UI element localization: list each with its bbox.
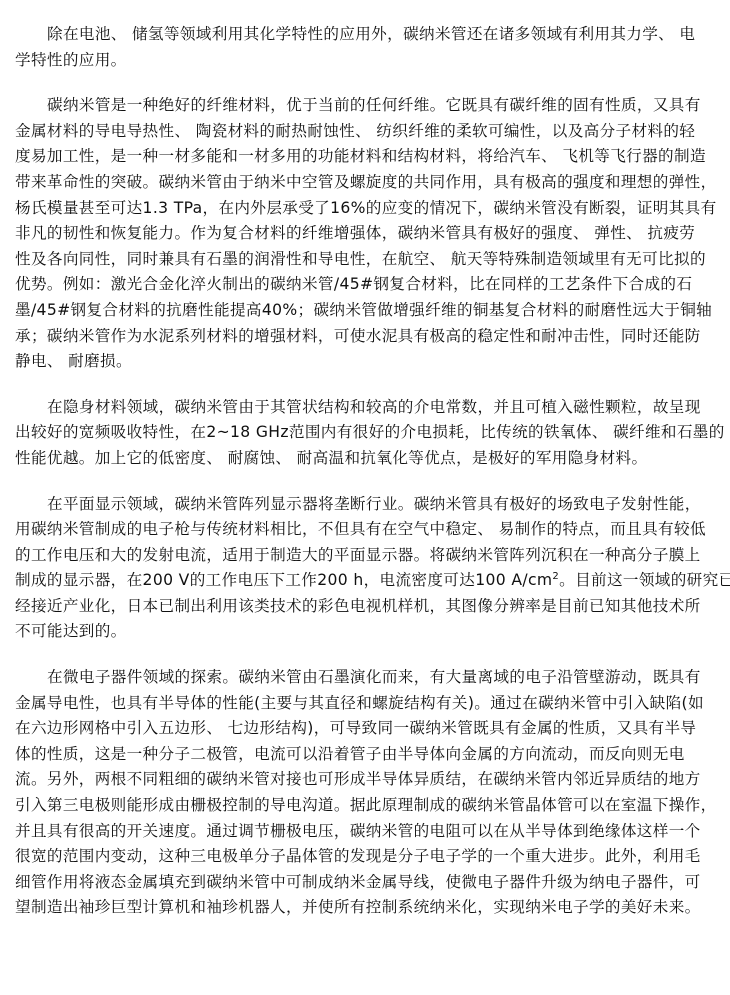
text-line: 墨/45#钢复合材料的抗磨性能提高40%；碳纳米管做增强纤维的铜基复合材料的耐磨… xyxy=(15,298,715,324)
text-line: 并且具有很高的开关速度。通过调节栅极电压，碳纳米管的电阻可以在从半导体到绝缘体这… xyxy=(15,819,715,845)
text-line: 度易加工性，是一种一材多能和一材多用的功能材料和结构材料，将给汽车、 飞机等飞行… xyxy=(15,144,715,170)
text-line: 在六边形网格中引入五边形、 七边形结构)，可导致同一碳纳米管既具有金属的性质，又… xyxy=(15,716,715,742)
text-line: 在微电子器件领域的探索。碳纳米管由石墨演化而来，有大量离域的电子沿管壁游动，既具… xyxy=(15,665,715,691)
text-line: 经接近产业化，日本已制出利用该类技术的彩色电视机样机，其图像分辨率是目前已知其他… xyxy=(15,594,715,620)
text-line: 望制造出袖珍巨型计算机和袖珍机器人，并使所有控制系统纳米化，实现纳米电子学的美好… xyxy=(15,895,715,921)
text-line: 除在电池、 储氢等领域利用其化学特性的应用外，碳纳米管还在诸多领域有利用其力学、… xyxy=(15,22,715,48)
text-line: 很宽的范围内变动，这种三电极单分子晶体管的发现是分子电子学的一个重大进步。此外，… xyxy=(15,844,715,870)
paragraph-mechanical: 碳纳米管是一种绝好的纤维材料，优于当前的任何纤维。它既具有碳纤维的固有性质，又具… xyxy=(15,93,715,375)
text-line: 性能优越。加上它的低密度、 耐腐蚀、 耐高温和抗氧化等优点，是极好的军用隐身材料… xyxy=(15,446,715,472)
text-line: 非凡的韧性和恢复能力。作为复合材料的纤维增强体，碳纳米管具有极好的强度、 弹性、… xyxy=(15,221,715,247)
text-line: 学特性的应用。 xyxy=(15,48,715,74)
text-line: 的工作电压和大的发射电流，适用于制造大的平面显示器。将碳纳米管阵列沉积在一种高分… xyxy=(15,543,715,569)
text-line: 带来革命性的突破。碳纳米管由于纳米中空管及螺旋度的共同作用，具有极高的强度和理想… xyxy=(15,170,715,196)
paragraph-stealth: 在隐身材料领域，碳纳米管由于其管状结构和较高的介电常数，并且可植入磁性颗粒，故呈… xyxy=(15,395,715,472)
text-line: 用碳纳米管制成的电子枪与传统材料相比，不但具有在空气中稳定、 易制作的特点，而且… xyxy=(15,517,715,543)
text-line: 出较好的宽频吸收特性，在2~18 GHz范围内有很好的介电损耗，比传统的铁氧体、… xyxy=(15,420,715,446)
text-line: 优势。例如：激光合金化淬火制出的碳纳米管/45#钢复合材料，比在同样的工艺条件下… xyxy=(15,272,715,298)
text-line: 体的性质，这是一种分子二极管，电流可以沿着管子由半导体向金属的方向流动，而反向则… xyxy=(15,742,715,768)
paragraph-intro: 除在电池、 储氢等领域利用其化学特性的应用外，碳纳米管还在诸多领域有利用其力学、… xyxy=(15,22,715,73)
text-line: 不可能达到的。 xyxy=(15,619,715,645)
text-line: 细管作用将液态金属填充到碳纳米管中可制成纳米金属导线，使微电子器件升级为纳电子器… xyxy=(15,870,715,896)
text-line: 承；碳纳米管作为水泥系列材料的增强材料，可使水泥具有极高的稳定性和耐冲击性，同时… xyxy=(15,324,715,350)
document-body: 除在电池、 储氢等领域利用其化学特性的应用外，碳纳米管还在诸多领域有利用其力学、… xyxy=(0,0,715,921)
text-line: 杨氏模量甚至可达1.3 TPa，在内外层承受了16%的应变的情况下，碳纳米管没有… xyxy=(15,196,715,222)
paragraph-display: 在平面显示领域，碳纳米管阵列显示器将垄断行业。碳纳米管具有极好的场致电子发射性能… xyxy=(15,492,715,646)
text-line: 在平面显示领域，碳纳米管阵列显示器将垄断行业。碳纳米管具有极好的场致电子发射性能… xyxy=(15,492,715,518)
text-line: 碳纳米管是一种绝好的纤维材料，优于当前的任何纤维。它既具有碳纤维的固有性质，又具… xyxy=(15,93,715,119)
text-line: 静电、 耐磨损。 xyxy=(15,349,715,375)
text-line: 金属材料的导电导热性、 陶瓷材料的耐热耐蚀性、 纺织纤维的柔软可编性，以及高分子… xyxy=(15,119,715,145)
paragraph-microelectronics: 在微电子器件领域的探索。碳纳米管由石墨演化而来，有大量离域的电子沿管壁游动，既具… xyxy=(15,665,715,921)
text-line: 金属导电性，也具有半导体的性能(主要与其直径和螺旋结构有关)。通过在碳纳米管中引… xyxy=(15,691,715,717)
text-line: 流。另外，两根不同粗细的碳纳米管对接也可形成半导体异质结，在碳纳米管内邻近异质结… xyxy=(15,767,715,793)
text-segment: 制成的显示器，在200 V的工作电压下工作200 h，电流密度可达100 A/c… xyxy=(15,571,552,589)
text-line-with-superscript: 制成的显示器，在200 V的工作电压下工作200 h，电流密度可达100 A/c… xyxy=(15,568,715,594)
text-segment: 。目前这一领域的研究已 xyxy=(559,571,730,589)
text-line: 引入第三电极则能形成由栅极控制的导电沟道。据此原理制成的碳纳米管晶体管可以在室温… xyxy=(15,793,715,819)
text-line: 在隐身材料领域，碳纳米管由于其管状结构和较高的介电常数，并且可植入磁性颗粒，故呈… xyxy=(15,395,715,421)
text-line: 性及各向同性，同时兼具有石墨的润滑性和导电性，在航空、 航天等特殊制造领域里有无… xyxy=(15,247,715,273)
